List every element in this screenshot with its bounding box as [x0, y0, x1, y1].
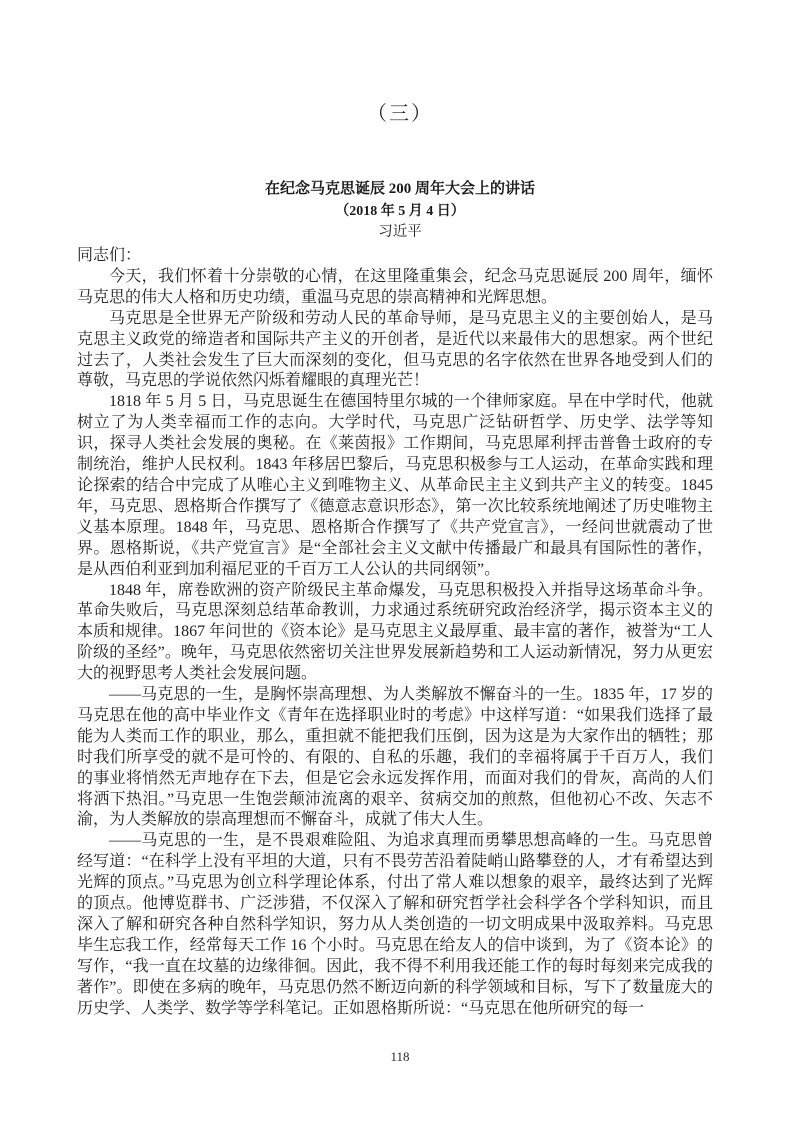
paragraph-1848-revolution: 1848 年，席卷欧洲的资产阶级民主革命爆发，马克思积极投入并指导这场革命斗争。… — [77, 581, 713, 686]
paragraph-marx-teacher: 马克思是全世界无产阶级和劳动人民的革命导师，是马克思主义的主要创始人，是马克思主… — [77, 309, 713, 393]
doc-date: （2018 年 5 月 4 日） — [0, 201, 800, 223]
paragraph-pursuit-of-truth: ——马克思的一生，是不畏艰难险阻、为追求真理而勇攀思想高峰的一生。马克思曾经写道… — [77, 831, 713, 1019]
doc-author: 习近平 — [0, 222, 800, 244]
paragraph-intro: 今天，我们怀着十分崇敬的心情，在这里隆重集会，纪念马克思诞辰 200 周年，缅怀… — [77, 267, 713, 309]
paragraph-lofty-ideals: ——马克思的一生，是胸怀崇高理想、为人类解放不懈奋斗的一生。1835 年，17 … — [77, 685, 713, 831]
salutation: 同志们： — [77, 246, 713, 267]
doc-title: 在纪念马克思诞辰 200 周年大会上的讲话 — [0, 179, 800, 201]
paragraph-1818-biography: 1818 年 5 月 5 日，马克思诞生在德国特里尔城的一个律师家庭。早在中学时… — [77, 392, 713, 580]
title-block: 在纪念马克思诞辰 200 周年大会上的讲话 （2018 年 5 月 4 日） 习… — [0, 179, 800, 244]
page-number: 118 — [0, 1049, 800, 1065]
document-page: （三） 在纪念马克思诞辰 200 周年大会上的讲话 （2018 年 5 月 4 … — [0, 0, 800, 1133]
section-number: （三） — [0, 100, 800, 128]
body-text: 同志们： 今天，我们怀着十分崇敬的心情，在这里隆重集会，纪念马克思诞辰 200 … — [77, 246, 713, 1020]
